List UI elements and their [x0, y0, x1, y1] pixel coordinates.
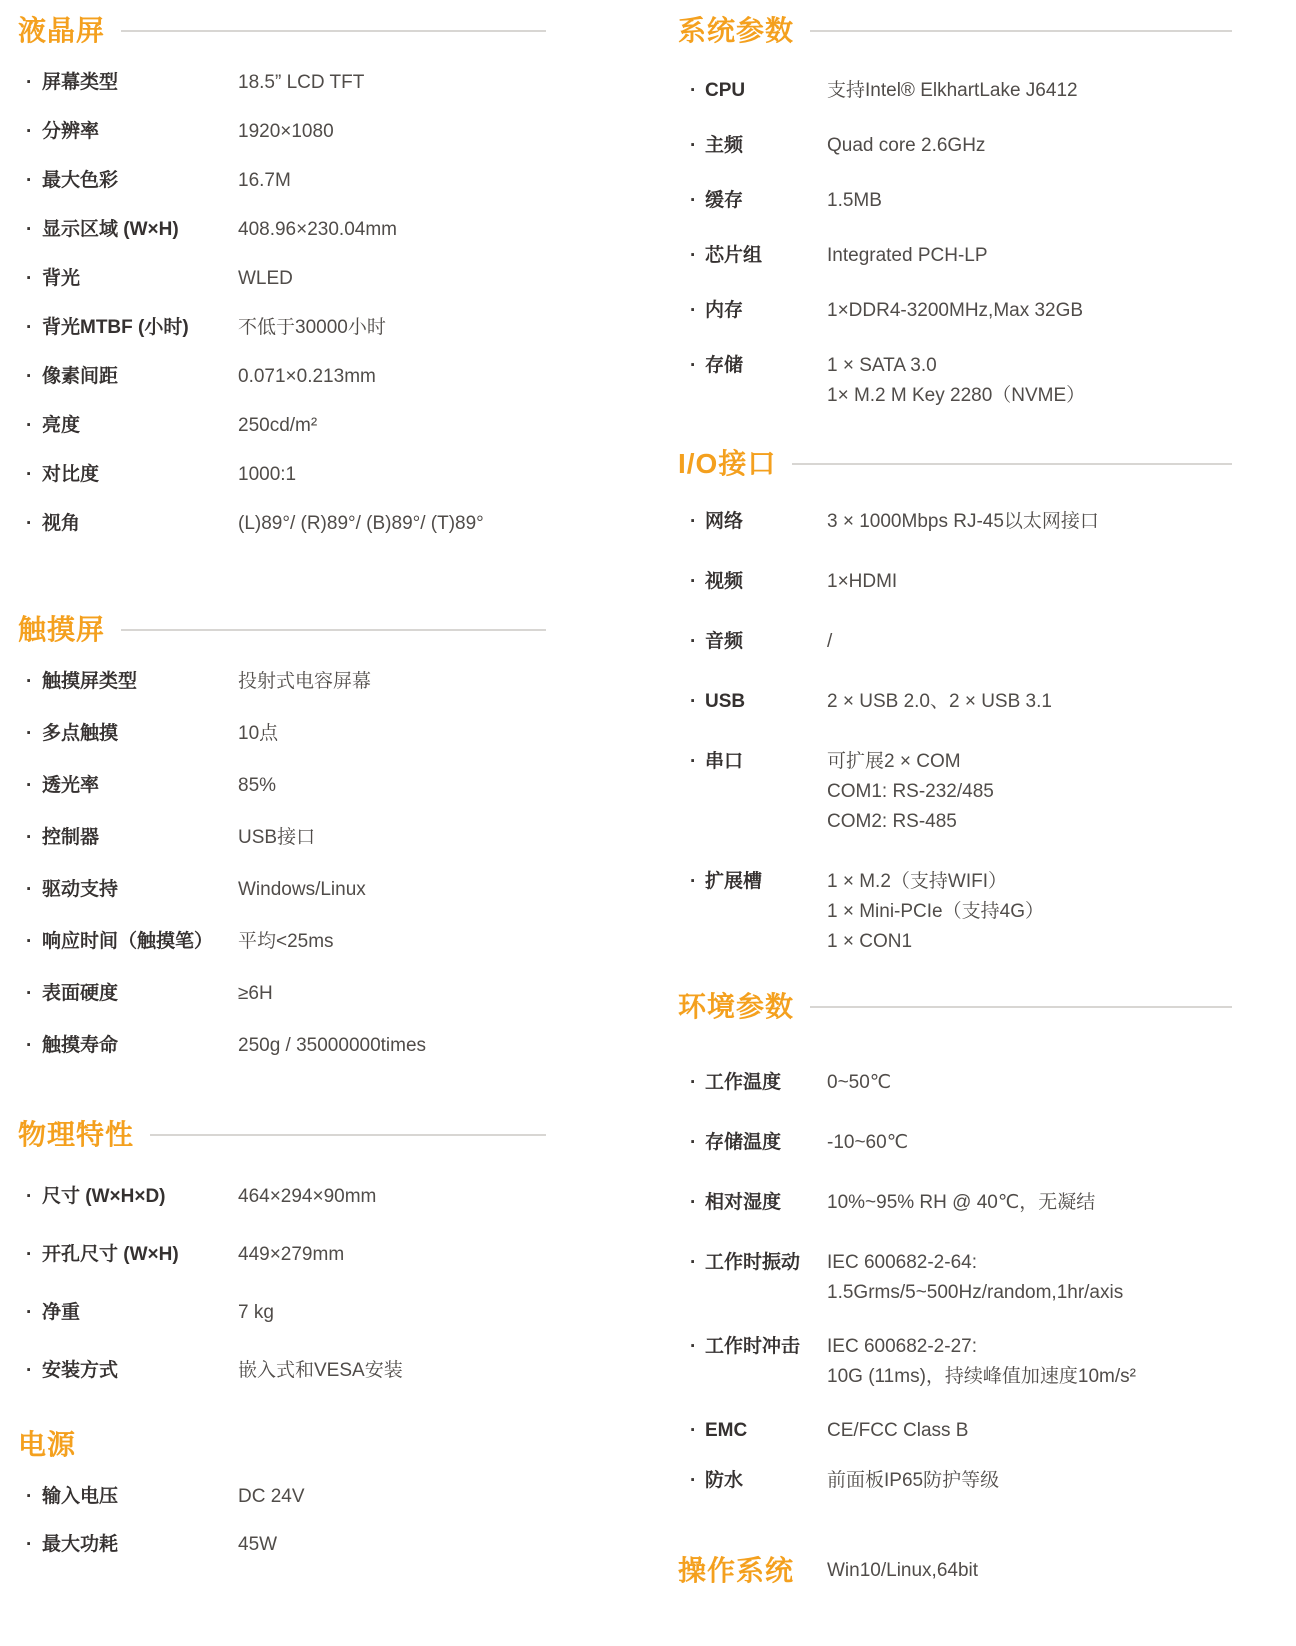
spec-value: 250cd/m²	[238, 411, 317, 441]
spec-value: 10%~95% RH @ 40℃，无凝结	[827, 1188, 1095, 1218]
bullet-icon: ·	[18, 1530, 42, 1560]
bullet-icon: ·	[690, 241, 705, 271]
spec-label: 内存	[705, 296, 827, 326]
spec-label: 最大功耗	[42, 1530, 238, 1560]
spec-value: IEC 600682-2-64: 1.5Grms/5~500Hz/random,…	[827, 1248, 1123, 1308]
spec-value: 16.7M	[238, 166, 291, 196]
spec-row: ·触摸寿命250g / 35000000times	[18, 1031, 546, 1061]
spec-value: (L)89°/ (R)89°/ (B)89°/ (T)89°	[238, 509, 484, 539]
spec-row: ·网络3 × 1000Mbps RJ-45以太网接口	[658, 507, 1232, 537]
bullet-icon: ·	[18, 875, 42, 905]
spec-row: ·控制器USB接口	[18, 823, 546, 853]
section-os: 操作系统 Win10/Linux,64bit	[658, 1553, 1232, 1589]
spec-label: 工作时振动	[705, 1248, 827, 1278]
bullet-icon: ·	[18, 719, 42, 749]
spec-rows-environment: ·工作温度0~50℃·存储温度-10~60℃·相对湿度10%~95% RH @ …	[658, 1068, 1232, 1496]
section-touchscreen: 触摸屏 ·触摸屏类型投射式电容屏幕·多点触摸10点·透光率85%·控制器USB接…	[18, 611, 546, 1061]
spec-label: 防水	[705, 1466, 827, 1496]
spec-value: 2 × USB 2.0、2 × USB 3.1	[827, 687, 1052, 717]
spec-value: ≥6H	[238, 979, 273, 1009]
spec-label: 存储温度	[705, 1128, 827, 1158]
bullet-icon: ·	[18, 1482, 42, 1512]
spec-label: 表面硬度	[42, 979, 238, 1009]
spec-label: 触摸寿命	[42, 1031, 238, 1061]
bullet-icon: ·	[18, 1031, 42, 1061]
spec-row: ·主频Quad core 2.6GHz	[658, 131, 1232, 161]
spec-value: 投射式电容屏幕	[238, 667, 371, 697]
section-header-lcd: 液晶屏	[18, 12, 546, 50]
spec-value: 前面板IP65防护等级	[827, 1466, 999, 1496]
bullet-icon: ·	[18, 667, 42, 697]
spec-value: 支持Intel® ElkhartLake J6412	[827, 76, 1078, 106]
spec-value: 0.071×0.213mm	[238, 362, 376, 392]
spec-label: 工作温度	[705, 1068, 827, 1098]
section-environment: 环境参数 ·工作温度0~50℃·存储温度-10~60℃·相对湿度10%~95% …	[658, 988, 1232, 1496]
spec-row: ·最大色彩16.7M	[18, 166, 546, 196]
spec-value: 449×279mm	[238, 1240, 344, 1270]
section-title-os: 操作系统	[678, 1553, 827, 1589]
spec-label: 缓存	[705, 186, 827, 216]
spec-row: ·表面硬度≥6H	[18, 979, 546, 1009]
bullet-icon: ·	[690, 1248, 705, 1278]
divider-line	[810, 30, 1232, 32]
spec-label: 对比度	[42, 460, 238, 490]
spec-label: 透光率	[42, 771, 238, 801]
spec-row: ·背光WLED	[18, 264, 546, 294]
spec-row: ·多点触摸10点	[18, 719, 546, 749]
spec-label: EMC	[705, 1416, 827, 1446]
spec-value: 可扩展2 × COM COM1: RS-232/485 COM2: RS-485	[827, 747, 994, 837]
spec-value: Integrated PCH-LP	[827, 241, 988, 271]
bullet-icon: ·	[690, 687, 705, 717]
bullet-icon: ·	[690, 567, 705, 597]
spec-label: 相对湿度	[705, 1188, 827, 1218]
bullet-icon: ·	[18, 1240, 42, 1270]
spec-label: 分辨率	[42, 117, 238, 147]
spec-label: 亮度	[42, 411, 238, 441]
left-column: 液晶屏 ·屏幕类型18.5” LCD TFT·分辨率1920×1080·最大色彩…	[18, 0, 546, 1578]
bullet-icon: ·	[18, 313, 42, 343]
section-header-io: I/O接口	[678, 445, 1232, 483]
spec-value: 464×294×90mm	[238, 1182, 376, 1212]
bullet-icon: ·	[690, 1466, 705, 1496]
spec-label: 安装方式	[42, 1356, 238, 1386]
spec-rows-physical: ·尺寸 (W×H×D)464×294×90mm·开孔尺寸 (W×H)449×27…	[18, 1182, 546, 1386]
spec-value: WLED	[238, 264, 293, 294]
spec-row: ·显示区域 (W×H)408.96×230.04mm	[18, 215, 546, 245]
bullet-icon: ·	[18, 68, 42, 98]
bullet-icon: ·	[690, 1128, 705, 1158]
spec-value: 85%	[238, 771, 276, 801]
spec-row: ·工作温度0~50℃	[658, 1068, 1232, 1098]
spec-value: 1.5MB	[827, 186, 882, 216]
spec-value: 不低于30000小时	[238, 313, 386, 343]
spec-value: IEC 600682-2-27: 10G (11ms)，持续峰值加速度10m/s…	[827, 1332, 1136, 1392]
spec-rows-lcd: ·屏幕类型18.5” LCD TFT·分辨率1920×1080·最大色彩16.7…	[18, 68, 546, 539]
spec-row: ·存储1 × SATA 3.0 1× M.2 M Key 2280（NVME）	[658, 351, 1232, 411]
spec-row: ·工作时振动IEC 600682-2-64: 1.5Grms/5~500Hz/r…	[658, 1248, 1232, 1308]
section-header-touchscreen: 触摸屏	[18, 611, 546, 649]
bullet-icon: ·	[18, 1298, 42, 1328]
spec-label: 串口	[705, 747, 827, 777]
section-lcd: 液晶屏 ·屏幕类型18.5” LCD TFT·分辨率1920×1080·最大色彩…	[18, 12, 546, 539]
spec-value: 18.5” LCD TFT	[238, 68, 364, 98]
spec-label: 多点触摸	[42, 719, 238, 749]
spec-row: ·EMCCE/FCC Class B	[658, 1416, 1232, 1446]
spec-label: CPU	[705, 76, 827, 106]
spec-label: 音频	[705, 627, 827, 657]
spec-row: ·串口可扩展2 × COM COM1: RS-232/485 COM2: RS-…	[658, 747, 1232, 837]
spec-value: Windows/Linux	[238, 875, 366, 905]
spec-row: ·USB2 × USB 2.0、2 × USB 3.1	[658, 687, 1232, 717]
section-title-system: 系统参数	[678, 12, 794, 50]
spec-label: 驱动支持	[42, 875, 238, 905]
bullet-icon: ·	[18, 1182, 42, 1212]
spec-label: 输入电压	[42, 1482, 238, 1512]
spec-label: 屏幕类型	[42, 68, 238, 98]
spec-value: 3 × 1000Mbps RJ-45以太网接口	[827, 507, 1099, 537]
bullet-icon: ·	[690, 296, 705, 326]
section-io: I/O接口 ·网络3 × 1000Mbps RJ-45以太网接口·视频1×HDM…	[658, 445, 1232, 957]
spec-value: 250g / 35000000times	[238, 1031, 426, 1061]
bullet-icon: ·	[18, 771, 42, 801]
spec-label: 显示区域 (W×H)	[42, 215, 238, 245]
bullet-icon: ·	[18, 362, 42, 392]
spec-row: ·响应时间（触摸笔）平均<25ms	[18, 927, 546, 957]
section-title-environment: 环境参数	[678, 988, 794, 1026]
bullet-icon: ·	[18, 979, 42, 1009]
spec-value: 10点	[238, 719, 278, 749]
spec-row: ·防水前面板IP65防护等级	[658, 1466, 1232, 1496]
spec-row: ·CPU支持Intel® ElkhartLake J6412	[658, 76, 1232, 106]
spec-label: 视角	[42, 509, 238, 539]
bullet-icon: ·	[18, 460, 42, 490]
bullet-icon: ·	[690, 1068, 705, 1098]
spec-value: 1 × M.2（支持WIFI） 1 × Mini-PCIe（支持4G） 1 × …	[827, 867, 1044, 957]
spec-row: ·尺寸 (W×H×D)464×294×90mm	[18, 1182, 546, 1212]
bullet-icon: ·	[18, 927, 42, 957]
spec-row: ·像素间距0.071×0.213mm	[18, 362, 546, 392]
section-title-physical: 物理特性	[18, 1116, 134, 1154]
bullet-icon: ·	[690, 747, 705, 777]
spec-row: ·亮度250cd/m²	[18, 411, 546, 441]
bullet-icon: ·	[690, 351, 705, 381]
spec-row: ·扩展槽1 × M.2（支持WIFI） 1 × Mini-PCIe（支持4G） …	[658, 867, 1232, 957]
spec-value: 45W	[238, 1530, 277, 1560]
spec-value: 1000:1	[238, 460, 296, 490]
bullet-icon: ·	[690, 76, 705, 106]
spec-label: 视频	[705, 567, 827, 597]
spec-label: USB	[705, 687, 827, 717]
spec-value: 408.96×230.04mm	[238, 215, 397, 245]
section-physical: 物理特性 ·尺寸 (W×H×D)464×294×90mm·开孔尺寸 (W×H)4…	[18, 1116, 546, 1386]
spec-row: ·开孔尺寸 (W×H)449×279mm	[18, 1240, 546, 1270]
spec-value: 平均<25ms	[238, 927, 334, 957]
bullet-icon: ·	[18, 117, 42, 147]
os-value: Win10/Linux,64bit	[827, 1556, 978, 1586]
spec-label: 控制器	[42, 823, 238, 853]
spec-row: ·对比度1000:1	[18, 460, 546, 490]
spec-row: ·存储温度-10~60℃	[658, 1128, 1232, 1158]
spec-label: 像素间距	[42, 362, 238, 392]
spec-label: 扩展槽	[705, 867, 827, 897]
spec-label: 背光MTBF (小时)	[42, 313, 238, 343]
spec-rows-io: ·网络3 × 1000Mbps RJ-45以太网接口·视频1×HDMI·音频/·…	[658, 507, 1232, 957]
spec-value: USB接口	[238, 823, 315, 853]
spec-row: ·背光MTBF (小时)不低于30000小时	[18, 313, 546, 343]
os-row: 操作系统 Win10/Linux,64bit	[658, 1553, 1232, 1589]
section-header-power: 电源	[18, 1426, 546, 1464]
spec-row: ·净重7 kg	[18, 1298, 546, 1328]
spec-row: ·缓存1.5MB	[658, 186, 1232, 216]
bullet-icon: ·	[18, 215, 42, 245]
spec-row: ·驱动支持Windows/Linux	[18, 875, 546, 905]
spec-rows-power: ·输入电压DC 24V·最大功耗45W	[18, 1482, 546, 1560]
spec-row: ·屏幕类型18.5” LCD TFT	[18, 68, 546, 98]
section-system: 系统参数 ·CPU支持Intel® ElkhartLake J6412·主频Qu…	[658, 12, 1232, 411]
section-title-io: I/O接口	[678, 445, 776, 483]
spec-value: -10~60℃	[827, 1128, 908, 1158]
spec-row: ·最大功耗45W	[18, 1530, 546, 1560]
spec-value: 1920×1080	[238, 117, 334, 147]
spec-label: 最大色彩	[42, 166, 238, 196]
bullet-icon: ·	[690, 186, 705, 216]
spec-row: ·安装方式嵌入式和VESA安装	[18, 1356, 546, 1386]
section-header-environment: 环境参数	[678, 988, 1232, 1026]
spec-value: CE/FCC Class B	[827, 1416, 968, 1446]
spec-label: 主频	[705, 131, 827, 161]
divider-line	[810, 1006, 1232, 1008]
bullet-icon: ·	[690, 1188, 705, 1218]
spec-value: DC 24V	[238, 1482, 305, 1512]
spec-row: ·工作时冲击IEC 600682-2-27: 10G (11ms)，持续峰值加速…	[658, 1332, 1232, 1392]
spec-label: 工作时冲击	[705, 1332, 827, 1362]
spec-value: /	[827, 627, 832, 657]
spec-value: 1×DDR4-3200MHz,Max 32GB	[827, 296, 1083, 326]
spec-value: Quad core 2.6GHz	[827, 131, 985, 161]
bullet-icon: ·	[18, 264, 42, 294]
spec-row: ·输入电压DC 24V	[18, 1482, 546, 1512]
bullet-icon: ·	[690, 867, 705, 897]
spec-value: 0~50℃	[827, 1068, 891, 1098]
spec-label: 背光	[42, 264, 238, 294]
section-header-system: 系统参数	[678, 12, 1232, 50]
bullet-icon: ·	[18, 1356, 42, 1386]
section-title-touchscreen: 触摸屏	[18, 611, 105, 649]
divider-line	[792, 463, 1232, 465]
spec-row: ·内存1×DDR4-3200MHz,Max 32GB	[658, 296, 1232, 326]
spec-label: 存储	[705, 351, 827, 381]
bullet-icon: ·	[18, 411, 42, 441]
spec-label: 开孔尺寸 (W×H)	[42, 1240, 238, 1270]
spec-value: 7 kg	[238, 1298, 274, 1328]
spec-value: 嵌入式和VESA安装	[238, 1356, 403, 1386]
spec-rows-system: ·CPU支持Intel® ElkhartLake J6412·主频Quad co…	[658, 76, 1232, 411]
section-header-physical: 物理特性	[18, 1116, 546, 1154]
bullet-icon: ·	[690, 1416, 705, 1446]
divider-line	[121, 30, 546, 32]
spec-row: ·视角(L)89°/ (R)89°/ (B)89°/ (T)89°	[18, 509, 546, 539]
bullet-icon: ·	[690, 1332, 705, 1362]
spec-label: 网络	[705, 507, 827, 537]
spec-row: ·分辨率1920×1080	[18, 117, 546, 147]
divider-line	[150, 1134, 546, 1136]
spec-label: 触摸屏类型	[42, 667, 238, 697]
right-column: 系统参数 ·CPU支持Intel® ElkhartLake J6412·主频Qu…	[658, 0, 1232, 1589]
section-power: 电源 ·输入电压DC 24V·最大功耗45W	[18, 1426, 546, 1560]
spec-row: ·音频/	[658, 627, 1232, 657]
bullet-icon: ·	[18, 823, 42, 853]
bullet-icon: ·	[690, 131, 705, 161]
bullet-icon: ·	[18, 166, 42, 196]
spec-label: 响应时间（触摸笔）	[42, 927, 238, 957]
spec-label: 尺寸 (W×H×D)	[42, 1182, 238, 1212]
spec-row: ·相对湿度10%~95% RH @ 40℃，无凝结	[658, 1188, 1232, 1218]
bullet-icon: ·	[690, 627, 705, 657]
divider-line	[121, 629, 546, 631]
section-title-lcd: 液晶屏	[18, 12, 105, 50]
spec-row: ·透光率85%	[18, 771, 546, 801]
spec-value: 1 × SATA 3.0 1× M.2 M Key 2280（NVME）	[827, 351, 1085, 411]
spec-label: 芯片组	[705, 241, 827, 271]
spec-rows-touchscreen: ·触摸屏类型投射式电容屏幕·多点触摸10点·透光率85%·控制器USB接口·驱动…	[18, 667, 546, 1061]
spec-row: ·芯片组Integrated PCH-LP	[658, 241, 1232, 271]
bullet-icon: ·	[18, 509, 42, 539]
spec-label: 净重	[42, 1298, 238, 1328]
spec-row: ·视频1×HDMI	[658, 567, 1232, 597]
spec-value: 1×HDMI	[827, 567, 897, 597]
section-title-power: 电源	[18, 1426, 76, 1464]
spec-row: ·触摸屏类型投射式电容屏幕	[18, 667, 546, 697]
bullet-icon: ·	[690, 507, 705, 537]
